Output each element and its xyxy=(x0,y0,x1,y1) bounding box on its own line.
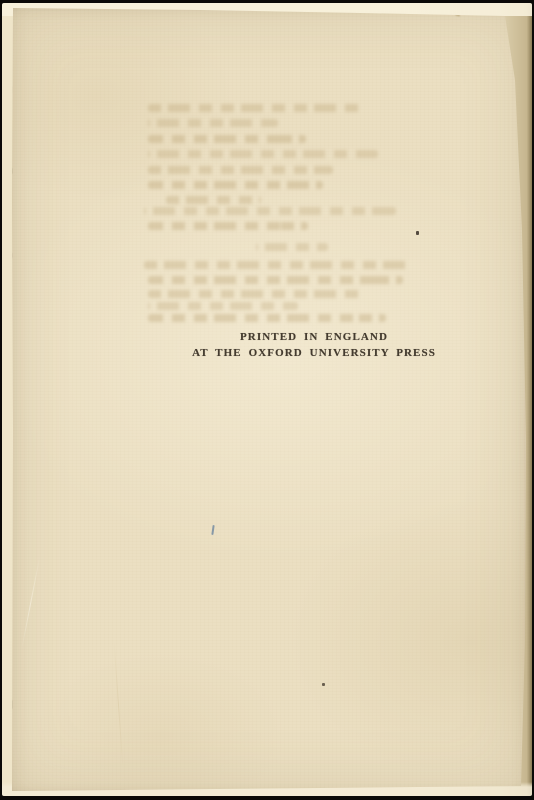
ghost-line xyxy=(148,166,333,174)
ghost-line xyxy=(144,207,396,215)
ghost-line xyxy=(148,314,386,322)
ghost-line xyxy=(148,181,323,189)
paper-artifacts xyxy=(0,0,534,800)
ghost-line xyxy=(166,196,261,204)
ghost-line xyxy=(148,150,378,158)
ghost-line xyxy=(148,276,403,284)
ghost-line xyxy=(148,135,306,143)
ghost-line xyxy=(148,104,363,112)
printer-imprint: PRINTED IN ENGLAND AT THE OXFORD UNIVERS… xyxy=(192,329,436,361)
show-through-text xyxy=(0,0,534,800)
paper-scratch xyxy=(21,557,40,651)
paper-speck xyxy=(322,683,325,686)
paper-crease xyxy=(113,640,123,770)
ghost-line xyxy=(148,119,278,127)
imprint-line-1: PRINTED IN ENGLAND xyxy=(192,329,436,345)
imprint-line-2: AT THE OXFORD UNIVERSITY PRESS xyxy=(192,345,436,361)
book-page: PRINTED IN ENGLAND AT THE OXFORD UNIVERS… xyxy=(0,0,534,800)
ghost-line xyxy=(148,222,308,230)
ghost-line xyxy=(256,243,328,251)
ghost-line xyxy=(144,261,409,269)
ghost-line xyxy=(148,290,363,298)
paper-speck xyxy=(211,525,214,535)
ghost-line xyxy=(148,302,298,310)
paper-speck xyxy=(416,231,419,235)
